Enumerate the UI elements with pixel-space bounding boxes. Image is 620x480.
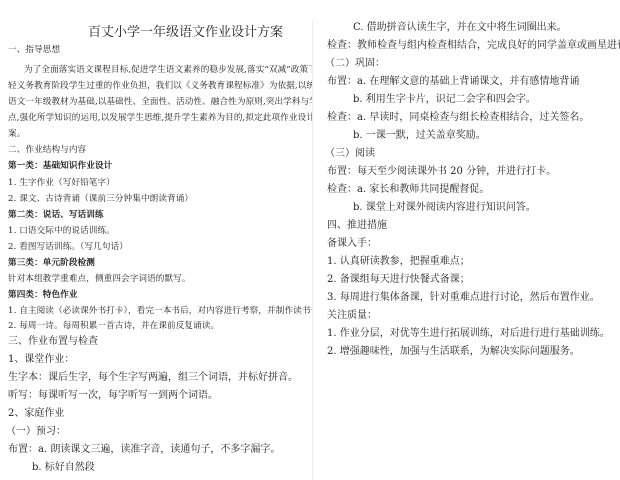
text-line: 2. 看图写话训练。（写几句话） bbox=[8, 243, 128, 252]
document-title: 百丈小学一年级语文作业设计方案 bbox=[88, 26, 283, 39]
text-line: 布置：a. 在理解文意的基础上背诵课文，并有感情地背诵 bbox=[327, 77, 579, 87]
text-line: 1. 生字作业（写好铅笔字） bbox=[8, 179, 115, 188]
text-line: 点,强化所学知识的运用,以发展学生思维,提升学生素养为目的,拟定此项作业设计方 bbox=[8, 114, 324, 123]
text-line: 案。 bbox=[8, 130, 25, 139]
text-line: 轻义务教育阶段学生过重的作业负担，我们以《义务教育课程标准》为依据,以统编版 bbox=[8, 82, 333, 91]
text-line: 第二类：说话、写话训练 bbox=[8, 211, 104, 220]
text-line: 2、家庭作业 bbox=[8, 409, 64, 419]
text-line: 第一类：基础知识作业设计 bbox=[8, 162, 112, 171]
text-line: 1. 口语交际中的说话训练。 bbox=[8, 227, 115, 236]
text-line: b. 利用生字卡片，识记二会字和四会字。 bbox=[353, 95, 536, 105]
text-line: 布置：a. 朗读课文三遍，读准字音，读通句子，不多字漏字。 bbox=[8, 445, 280, 455]
text-line: 一、指导思想 bbox=[8, 46, 60, 55]
text-line: 第三类：单元阶段检测 bbox=[8, 259, 95, 268]
text-line: （一）预习： bbox=[6, 427, 66, 437]
text-line: 针对本组教学重难点，侧重四会字词语的默写。 bbox=[8, 275, 191, 284]
text-line: 检查：教师检查与组内检查相结合，完成良好的同学盖章或画星进行表扬。 bbox=[327, 41, 620, 51]
text-line: 1. 自主阅读（必读课外书打卡），看完一本书后，对内容进行考察，并制作读书书签。 bbox=[8, 307, 337, 316]
text-line: C. 借助拼音认读生字，并在文中将生词圈出来。 bbox=[353, 23, 567, 33]
text-line: 语文一年级教材为基础,以基础性、全面性、活动性、融合性为原则,突出学科与学段特 bbox=[8, 98, 335, 107]
text-line: 关注质量： bbox=[327, 311, 377, 321]
document-page-left: 百丈小学一年级语文作业设计方案 一、指导思想为了全面落实语文课程目标,促进学生语… bbox=[0, 0, 312, 480]
text-line: 四、推进措施 bbox=[327, 221, 387, 231]
text-line: 1. 认真研读教参，把握重难点； bbox=[327, 257, 470, 267]
text-line: 2. 每周一诗。每周积累一首古诗，并在课前反复诵读。 bbox=[8, 322, 219, 331]
text-line: 三、作业布置与检查 bbox=[8, 337, 98, 347]
text-line: 2. 备课组每天进行快餐式备课； bbox=[327, 275, 470, 285]
text-line: 第四类：特色作业 bbox=[8, 291, 78, 300]
text-line: 二、作业结构与内容 bbox=[8, 146, 86, 155]
text-line: 1、课堂作业： bbox=[8, 355, 74, 365]
text-line: 2. 增强趣味性，加强与生活联系，为解决实际问题服务。 bbox=[327, 347, 580, 357]
text-line: 2. 课文、古诗背诵（课前三分钟集中朗读背诵） bbox=[8, 195, 193, 204]
text-line: 为了全面落实语文课程目标,促进学生语文素养的稳步发展,落实“双减”政策下减 bbox=[24, 66, 326, 75]
text-line: b. 一课一默，过关盖章奖励。 bbox=[353, 131, 486, 141]
text-line: 检查：a. 早读时，同桌检查与组长检查相结合，过关签名。 bbox=[327, 113, 589, 123]
text-line: b. 标好自然段 bbox=[32, 463, 95, 473]
text-line: （三）阅读 bbox=[325, 149, 375, 159]
document-page-right: C. 借助拼音认读生字，并在文中将生词圈出来。检查：教师检查与组内检查相结合，完… bbox=[313, 0, 620, 480]
text-line: 检查：a. 家长和教师共同提醒督促。 bbox=[327, 185, 489, 195]
text-line: 听写：每课听写一次，每字听写一到两个词语。 bbox=[8, 391, 218, 401]
text-line: 1. 作业分层，对优等生进行拓展训练，对后进行进行基础训练。 bbox=[327, 329, 610, 339]
text-line: 备课入手： bbox=[327, 239, 377, 249]
text-line: 生字本：课后生字，每个生字写两遍，组三个词语，并标好拼音。 bbox=[8, 373, 298, 383]
text-line: 布置：每天至少阅读课外书 20 分钟，并进行打卡。 bbox=[327, 167, 556, 177]
text-line: 3. 每周进行集体备课，针对重难点进行讨论，然后布置作业。 bbox=[327, 293, 600, 303]
text-line: （二）巩固： bbox=[325, 59, 385, 69]
text-line: b. 课堂上对课外阅读内容进行知识问答。 bbox=[353, 203, 536, 213]
